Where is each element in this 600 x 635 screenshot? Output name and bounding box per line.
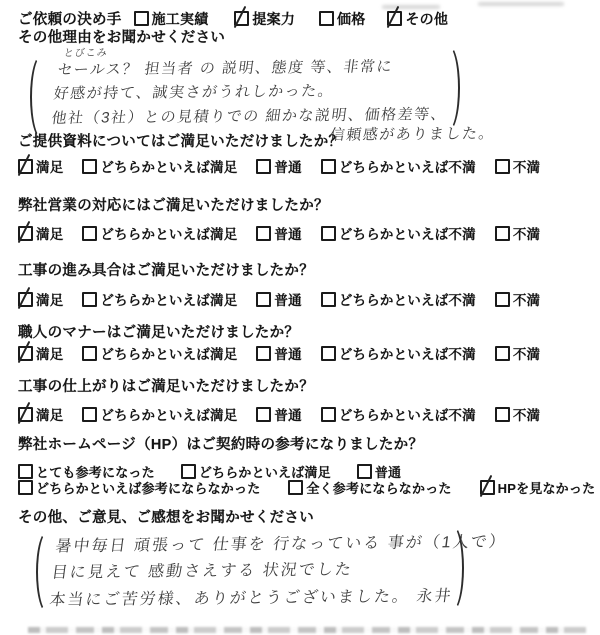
checkbox (134, 11, 149, 26)
option-label: 不満 (513, 223, 540, 243)
checkbox (256, 292, 271, 307)
checkbox (321, 226, 336, 241)
option-label: 満足 (36, 343, 63, 363)
hand-comment-line: 暑中毎日 頑張って 仕事を 行なっている 事が（1人で） (54, 529, 508, 557)
checkbox (321, 159, 336, 174)
option-label: 普通 (274, 404, 301, 424)
option-label: どちらかといえば満足 (100, 343, 237, 363)
option-label: 提案力 (252, 9, 295, 29)
option-label: 普通 (274, 223, 301, 243)
option-label: 不満 (513, 289, 540, 309)
option-yaya-manzoku: どちらかといえば満足 (82, 289, 237, 309)
checkbox (321, 346, 336, 361)
option-label: 全く参考にならなかった (306, 478, 451, 497)
option-futsuu: 普通 (256, 223, 301, 243)
checkbox (256, 346, 271, 361)
question-sales-options: 満足 どちらかといえば満足 普通 どちらかといえば不満 不満 (18, 223, 540, 243)
checkbox (495, 292, 510, 307)
hand-comment-line: 目に見えて 感動さえする 状況でした (50, 556, 354, 582)
option-label: どちらかといえば満足 (100, 404, 237, 424)
check-mark-icon (18, 153, 31, 175)
option-label: 満足 (36, 404, 63, 424)
option-label: どちらかといえば不満 (339, 404, 476, 424)
option-futsuu: 普通 (256, 289, 301, 309)
option-label: 普通 (274, 156, 301, 176)
scan-smudge (478, 2, 564, 6)
option-kakaku: 価格 (319, 9, 365, 29)
checkbox (357, 464, 372, 479)
checkbox (18, 226, 33, 241)
checkbox (495, 346, 510, 361)
option-label: どちらかといえば満足 (100, 156, 237, 176)
question-materials: ご提供資料についてはご満足いただけましたか？ (18, 130, 343, 151)
option-futsuu: 普通 (256, 343, 301, 363)
option-yaya-fuman: どちらかといえば不満 (321, 343, 476, 363)
question-manner: 職人のマナーはご満足いただけましたか？ (18, 321, 299, 342)
option-teianryoku: 提案力 (234, 9, 295, 29)
cutoff-text-strip (28, 627, 586, 633)
question-manner-options: 満足 どちらかといえば満足 普通 どちらかといえば不満 不満 (18, 343, 540, 363)
option-fuman: 不満 (495, 343, 540, 363)
check-mark-icon (479, 475, 492, 497)
hand-comment-line: 本当にご苦労様、ありがとうございました。 永井 (48, 583, 454, 610)
checkbox (256, 159, 271, 174)
checkbox (82, 407, 97, 422)
question-homepage-options-row2: どちらかといえば参考にならなかった 全く参考にならなかった HPを見なかった (18, 478, 595, 497)
option-sonota: その他 (387, 9, 448, 29)
option-yaya-fuman: どちらかといえば不満 (321, 289, 476, 309)
hand-note-line: 好感が持て、誠実さがうれしかった。 (52, 80, 335, 104)
option-fuman: 不満 (495, 289, 540, 309)
hand-note-line: セールス？ 担当者 の 説明、態度 等、非常に (56, 55, 394, 80)
option-mattaku-sankou-naranakatta: 全く参考にならなかった (288, 478, 451, 497)
checkbox (256, 407, 271, 422)
option-futsuu: 普通 (256, 404, 301, 424)
option-fuman: 不満 (495, 223, 540, 243)
checkbox (18, 292, 33, 307)
option-yaya-fuman: どちらかといえば不満 (321, 156, 476, 176)
question-homepage: 弊社ホームページ（HP）はご契約時の参考になりましたか？ (18, 433, 423, 454)
check-mark-icon (18, 340, 31, 362)
scanned-survey-sheet: ご依頼の決め手 施工実績 提案力 価格 その他 その他理由をお聞かせください と… (0, 0, 600, 635)
comment-prompt: その他、ご意見、ご感想をお聞かせください (18, 506, 314, 527)
option-yaya-manzoku: どちらかといえば満足 (82, 404, 237, 424)
option-manzoku: 満足 (18, 343, 63, 363)
checkbox (495, 159, 510, 174)
checkbox (495, 407, 510, 422)
option-label: どちらかといえば不満 (339, 223, 476, 243)
check-mark-icon (234, 6, 247, 28)
option-label: どちらかといえば満足 (100, 223, 237, 243)
option-yaya-fuman: どちらかといえば不満 (321, 223, 476, 243)
question-materials-options: 満足 どちらかといえば満足 普通 どちらかといえば不満 不満 (18, 156, 540, 176)
option-futsuu: 普通 (256, 156, 301, 176)
checkbox (18, 159, 33, 174)
question-sales: 弊社営業の対応にはご満足いただけましたか？ (18, 194, 329, 215)
checkbox (82, 346, 97, 361)
check-mark-icon (18, 401, 31, 423)
checkbox (480, 480, 495, 495)
option-yaya-manzoku: どちらかといえば満足 (82, 156, 237, 176)
option-label: どちらかといえば参考にならなかった (36, 478, 260, 497)
option-label: 不満 (513, 404, 540, 424)
checkbox (18, 464, 33, 479)
check-mark-icon (18, 286, 31, 308)
option-yaya-sankou-naranakatta: どちらかといえば参考にならなかった (18, 478, 260, 497)
option-yaya-manzoku: どちらかといえば満足 (82, 223, 237, 243)
option-fuman: 不満 (495, 404, 540, 424)
option-label: その他 (405, 9, 448, 29)
option-hp-minakatta: HPを見なかった (480, 478, 596, 497)
option-label: 普通 (274, 289, 301, 309)
option-label: 普通 (274, 343, 301, 363)
option-label: 不満 (513, 156, 540, 176)
option-label: どちらかといえば不満 (339, 156, 476, 176)
option-yaya-manzoku: どちらかといえば満足 (82, 343, 237, 363)
check-mark-icon (387, 6, 400, 28)
checkbox (18, 407, 33, 422)
check-mark-icon (18, 220, 31, 242)
checkbox (82, 226, 97, 241)
option-label: 価格 (337, 9, 365, 29)
option-manzoku: 満足 (18, 289, 63, 309)
checkbox (321, 407, 336, 422)
option-label: どちらかといえば不満 (339, 289, 476, 309)
checkbox (321, 292, 336, 307)
option-yaya-fuman: どちらかといえば不満 (321, 404, 476, 424)
option-label: どちらかといえば満足 (100, 289, 237, 309)
checkbox (387, 11, 402, 26)
hand-note-line: 信頼感がありました。 (329, 122, 497, 145)
hand-note-annotation: とびこみ (63, 44, 109, 59)
option-label: どちらかといえば不満 (339, 343, 476, 363)
checkbox (256, 226, 271, 241)
option-label: 満足 (36, 289, 63, 309)
question-finish: 工事の仕上がりはご満足いただけましたか？ (18, 375, 314, 396)
checkbox (18, 346, 33, 361)
checkbox (18, 480, 33, 495)
question-progress-options: 満足 どちらかといえば満足 普通 どちらかといえば不満 不満 (18, 289, 540, 309)
question-progress: 工事の進み具合はご満足いただけましたか？ (18, 259, 314, 280)
question-finish-options: 満足 どちらかといえば満足 普通 どちらかといえば不満 不満 (18, 404, 540, 424)
option-label: 満足 (36, 223, 63, 243)
option-manzoku: 満足 (18, 404, 63, 424)
other-reason-prompt: その他理由をお聞かせください (18, 26, 225, 47)
checkbox (234, 11, 249, 26)
checkbox (181, 464, 196, 479)
checkbox (82, 292, 97, 307)
option-label: HPを見なかった (498, 478, 596, 497)
option-label: 不満 (513, 343, 540, 363)
checkbox (82, 159, 97, 174)
checkbox (288, 480, 303, 495)
checkbox (319, 11, 334, 26)
option-label: 満足 (36, 156, 63, 176)
option-manzoku: 満足 (18, 156, 63, 176)
option-fuman: 不満 (495, 156, 540, 176)
checkbox (495, 226, 510, 241)
option-manzoku: 満足 (18, 223, 63, 243)
